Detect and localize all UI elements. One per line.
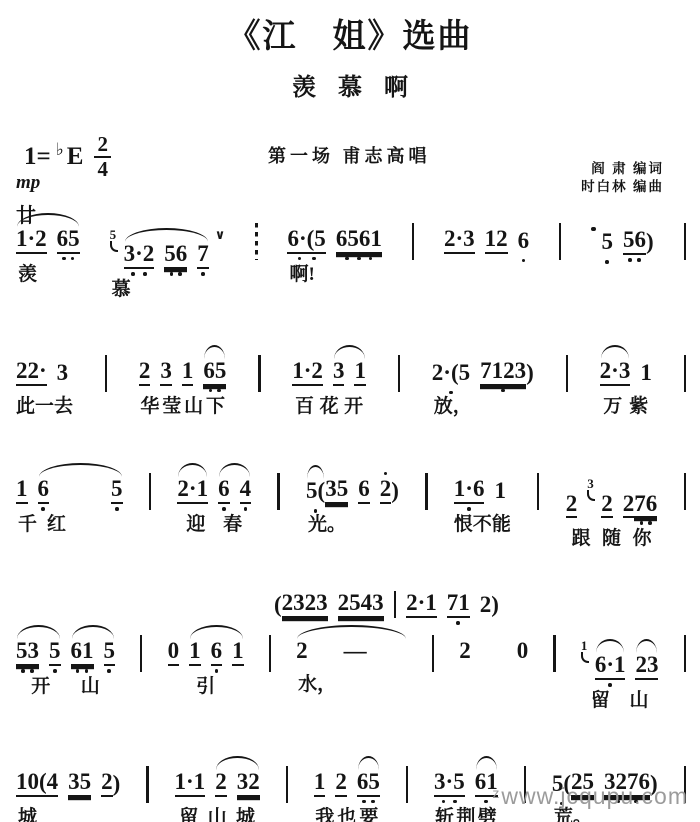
- note: 5: [104, 639, 116, 666]
- note-text: 2·1: [177, 476, 208, 501]
- note: ): [491, 593, 499, 618]
- lyrics-row: 慕: [110, 279, 226, 302]
- note: 1: [16, 477, 28, 504]
- slur-group: 535: [16, 639, 61, 666]
- note-text: 5(: [306, 478, 325, 503]
- note-text: 2: [380, 476, 392, 501]
- measure: 10(4352)城: [16, 753, 120, 822]
- measure: 2·(57123)放，: [432, 342, 534, 419]
- lyric-syllable: 莹: [162, 396, 181, 419]
- spacer: [481, 663, 507, 664]
- note-text: 2·1: [406, 590, 437, 615]
- lyric-syllable: 百: [295, 396, 314, 419]
- barline: [684, 635, 686, 672]
- lyrics-row: 引: [168, 676, 244, 699]
- notes-row: 53·2567∨: [110, 210, 226, 269]
- barline: [255, 223, 257, 260]
- grace-note: 1: [581, 639, 589, 663]
- note-text: 2: [335, 769, 347, 794]
- lyric-syllable: 啊!: [289, 264, 314, 287]
- barline: [684, 223, 686, 260]
- lyric-syllable: 斩: [435, 807, 454, 822]
- note: ): [526, 361, 534, 386]
- dot: [357, 257, 361, 261]
- note: 65: [57, 227, 80, 254]
- note-text: 6: [218, 476, 230, 501]
- note-text: 22·: [16, 358, 47, 383]
- slur-group: 31: [333, 359, 366, 386]
- note: 10: [16, 770, 39, 797]
- note-text: 2: [623, 491, 635, 516]
- barline: [140, 635, 142, 672]
- slur-group: 2·1: [177, 477, 208, 504]
- lyrics-row: 此一去: [16, 396, 73, 419]
- barline: [149, 473, 151, 510]
- grace-hook: [581, 652, 589, 663]
- note: ): [646, 230, 654, 255]
- note-text: 3: [333, 358, 345, 383]
- time-signature-numerator: 2: [94, 134, 111, 158]
- notes-row: 535615: [16, 622, 115, 666]
- lyric-syllable: 也: [337, 807, 356, 822]
- lyrics-row: 千红: [16, 514, 123, 537]
- measure: 20: [459, 622, 528, 674]
- note: 2: [139, 359, 151, 386]
- note-text: 2323: [282, 590, 328, 615]
- note: 65: [357, 770, 380, 797]
- slur-group: 64: [218, 477, 251, 504]
- page-title: 《江 姐》选曲: [0, 0, 700, 57]
- octave-dots-below: [438, 800, 461, 804]
- slur-group: 2·3: [600, 359, 631, 386]
- lyrics-row: 城: [16, 807, 120, 822]
- note: 6: [38, 477, 50, 504]
- dot: [345, 257, 349, 261]
- note: 1: [189, 639, 201, 666]
- note: 6: [358, 477, 370, 504]
- ornament-dot: [591, 227, 595, 231]
- dot: [362, 800, 366, 804]
- note: 5: [49, 639, 61, 666]
- note-text: 65: [57, 226, 80, 251]
- note-text: 53: [16, 638, 39, 663]
- lyric-syllable: 城: [18, 807, 37, 822]
- note-text: (4: [39, 769, 58, 794]
- note: 76: [634, 492, 657, 519]
- lyrics-row: 开山: [16, 676, 115, 699]
- note-text: 5: [49, 638, 61, 663]
- dot: [170, 272, 174, 276]
- measure: 165千红: [16, 460, 123, 537]
- dot: [215, 669, 219, 673]
- dot: [456, 621, 460, 625]
- note-text: 2: [101, 769, 113, 794]
- measure: 1·265羡: [16, 210, 80, 287]
- watermark-text: www.jcqupu.com: [501, 783, 688, 809]
- barline: [269, 635, 271, 672]
- note-text: 2: [459, 638, 471, 663]
- note-text: ): [113, 771, 121, 796]
- note-text: 10: [16, 769, 39, 794]
- note-text: 3: [160, 358, 172, 383]
- score: mp 廿 1·265羡53·2567∨慕6·(56561啊!2·3126556)…: [16, 172, 686, 822]
- note-text: 5: [602, 229, 614, 254]
- flat-accidental-icon: ♭: [56, 140, 64, 160]
- dot: [453, 800, 457, 804]
- notes-row: 1·231: [292, 342, 366, 386]
- note: 6·1: [595, 653, 626, 680]
- note: 2·3: [600, 359, 631, 386]
- note: 6·(5: [287, 227, 325, 254]
- lyrics-row: 华莹山下: [139, 396, 227, 419]
- note-text: 3·5: [434, 769, 465, 794]
- barline: [398, 355, 400, 392]
- note: 35: [68, 770, 91, 797]
- measure: 1·61恨不能: [454, 460, 511, 537]
- note-text: 6561: [336, 226, 382, 251]
- slur-group: 65: [357, 770, 380, 797]
- lyric-syllable: 红: [47, 514, 66, 537]
- spacer: [377, 663, 407, 664]
- notes-row: 1·1232: [175, 753, 260, 797]
- song-subtitle: 羡慕啊: [0, 67, 700, 102]
- interlude-annotation: (232325432·1712): [274, 585, 686, 618]
- lyrics-row: 迎春: [177, 514, 251, 537]
- measure: 2·31万紫: [600, 342, 652, 419]
- lyric-syllable: 山: [81, 676, 100, 699]
- measure: 3·561斩荆劈: [434, 753, 498, 822]
- octave-dots-below: [457, 507, 480, 511]
- notes-row: 1·265: [16, 210, 80, 254]
- note: 2: [335, 770, 347, 797]
- barline: [286, 766, 288, 803]
- lyric-syllable: 开: [31, 676, 50, 699]
- barline: [425, 473, 427, 510]
- scene-caption: 第一场 甫志高唱: [268, 142, 431, 168]
- note-text: 2: [296, 638, 308, 663]
- lyrics-row: 恨不能: [454, 514, 511, 537]
- lyrics-row: 留山城: [175, 807, 260, 822]
- barline: [684, 355, 686, 392]
- barline: [394, 591, 396, 618]
- notes-row: 5(3562): [306, 460, 399, 504]
- note-text: 2·3: [444, 226, 475, 251]
- note-text: 61: [71, 638, 94, 663]
- notes-row: 22·3: [16, 342, 73, 386]
- dot: [107, 669, 111, 673]
- octave-dots-below: [341, 257, 376, 261]
- note: 1: [354, 359, 366, 386]
- notes-row: 20: [459, 622, 528, 664]
- note-text: 6: [38, 476, 50, 501]
- note-text: —: [344, 638, 367, 663]
- dot: [209, 389, 213, 393]
- lyric-syllable: 花: [320, 396, 339, 419]
- dot: [244, 507, 248, 511]
- dot: [85, 669, 89, 673]
- octave-dots-below: [73, 669, 91, 673]
- note-text: 35: [68, 769, 91, 794]
- dot: [449, 391, 453, 395]
- note-text: 2: [566, 491, 578, 516]
- note: 35: [325, 477, 348, 504]
- dot: [637, 258, 641, 262]
- octave-dots-below: [449, 621, 467, 625]
- note: 1·2: [16, 227, 47, 254]
- note: 2·(5: [432, 361, 470, 386]
- measure: 2—水，: [296, 622, 407, 697]
- dot: [312, 257, 316, 261]
- measure: 2·3126: [444, 210, 529, 264]
- octave-dots-below: [603, 260, 612, 264]
- watermark: zwww.jcqupu.com: [492, 783, 688, 810]
- slur-group: 6·1: [595, 653, 626, 680]
- note-text: 1: [640, 360, 652, 385]
- octave-dots-below: [637, 521, 655, 525]
- octave-dots-below: [105, 669, 114, 673]
- note-text: 6: [358, 476, 370, 501]
- barline: [559, 223, 561, 260]
- note-text: 71: [447, 590, 470, 615]
- note-text: 56: [164, 241, 187, 266]
- note: 3·2: [124, 242, 155, 269]
- measure: 1265我也要: [314, 753, 380, 822]
- lyric-syllable: 城: [236, 807, 255, 822]
- lyric-syllable: 山: [208, 807, 227, 822]
- octave-dots-below: [59, 257, 77, 261]
- dynamic-marking: mp: [16, 172, 40, 194]
- spacer: [59, 503, 101, 504]
- dot: [131, 272, 135, 276]
- note-text: 1: [189, 638, 201, 663]
- notes-row: 232276: [566, 460, 658, 518]
- note-text: 6·(5: [287, 226, 325, 251]
- grace-note-digit: 5: [110, 228, 117, 241]
- notes-row: 23165: [139, 342, 227, 386]
- note: 3: [333, 359, 345, 386]
- lyrics-row: 啊!: [287, 264, 381, 287]
- dot: [201, 272, 205, 276]
- lyrics-row: 斩荆劈: [434, 807, 498, 822]
- slur-group: 5(: [306, 479, 325, 504]
- note: 1: [182, 359, 194, 386]
- note-text: 1: [494, 478, 506, 503]
- note: 4: [240, 477, 252, 504]
- note: 56: [623, 228, 646, 255]
- spacer: [318, 663, 334, 664]
- octave-dots-below: [308, 509, 323, 513]
- notes-row: 1·61: [454, 460, 511, 504]
- lyric-syllable: 跟: [571, 528, 590, 551]
- note-text: 1·1: [175, 769, 206, 794]
- measure: 2·164迎春: [177, 460, 251, 537]
- note-text: 4: [240, 476, 252, 501]
- lyric-syllable: 此: [16, 396, 35, 419]
- note: 5: [602, 230, 614, 255]
- note-text: 1: [182, 358, 194, 383]
- barline: [277, 473, 279, 510]
- note: 61: [71, 639, 94, 666]
- note-text: 2: [601, 491, 613, 516]
- note: 2·3: [444, 227, 475, 254]
- octave-dots-below: [212, 669, 221, 673]
- barline: [553, 635, 555, 672]
- note: 7123: [480, 359, 526, 386]
- note: 2: [380, 477, 392, 504]
- dot: [314, 509, 318, 513]
- note-text: 1: [16, 476, 28, 501]
- note-text: 1: [314, 769, 326, 794]
- barline: [105, 355, 107, 392]
- note-text: 7123: [480, 358, 526, 383]
- lyric-syllable: 一: [35, 396, 54, 419]
- lyrics-row: 水，: [296, 674, 407, 697]
- octave-dots-below: [39, 507, 48, 511]
- note: 2: [459, 639, 471, 664]
- grace-note-digit: 1: [581, 639, 588, 652]
- note-text: ): [526, 360, 534, 385]
- notes-row: 3·561: [434, 753, 498, 797]
- dot: [62, 257, 66, 261]
- octave-dots-below: [50, 669, 59, 673]
- note-text: 65: [357, 769, 380, 794]
- lyrics-row: 羡: [16, 264, 80, 287]
- note-text: 2·3: [600, 358, 631, 383]
- note-text: 7: [197, 241, 209, 266]
- notes-row: 2—: [296, 622, 407, 664]
- note: 3·5: [434, 770, 465, 797]
- notes-row: 0161: [168, 622, 244, 666]
- octave-dots-below: [219, 507, 228, 511]
- note: 1·1: [175, 770, 206, 797]
- lyric-syllable: 随: [602, 528, 621, 551]
- lyric-syllable: 千: [18, 514, 37, 537]
- note: 7: [197, 242, 209, 269]
- music-line: 535615开山0161引2—水，2016·123留山: [16, 622, 686, 713]
- dot: [605, 260, 609, 264]
- lyrics-row: 留山: [581, 690, 659, 713]
- note-text: 35: [325, 476, 348, 501]
- lyric-syllable: 放，: [434, 396, 472, 419]
- notes-row: 2·3126: [444, 210, 529, 254]
- note: 71: [447, 591, 470, 618]
- dot: [501, 389, 505, 393]
- octave-dots-below: [112, 507, 121, 511]
- note: 2543: [338, 591, 384, 618]
- note-text: 1·2: [292, 358, 323, 383]
- slur-group: 1·265: [16, 227, 80, 254]
- note: 2323: [282, 591, 328, 618]
- note: ): [391, 479, 399, 504]
- lyric-syllable: 山: [630, 690, 649, 713]
- note-text: 23: [635, 652, 658, 677]
- lyric-syllable: 我: [315, 807, 334, 822]
- dot: [41, 507, 45, 511]
- notes-row: 2·31: [600, 342, 652, 386]
- lyric-syllable: 恨: [454, 514, 473, 537]
- dot: [217, 389, 221, 393]
- grace-note-digit: 3: [587, 477, 594, 490]
- lyric-syllable: 羡: [18, 264, 37, 287]
- music-line: 22·3此一去23165华莹山下1·231百花开2·(57123)放，2·31万…: [16, 342, 686, 419]
- notes-row: 556): [591, 210, 653, 255]
- octave-dots-below: [436, 391, 465, 395]
- lyric-syllable: 华: [140, 396, 159, 419]
- note: ): [113, 772, 121, 797]
- barline: [684, 473, 686, 510]
- note-text: 65: [203, 358, 226, 383]
- notes-row: 2·(57123): [432, 342, 534, 386]
- note-text: 2: [139, 358, 151, 383]
- grace-note: 5: [110, 228, 118, 252]
- lyric-syllable: 能: [492, 514, 511, 537]
- note: 2: [101, 770, 113, 797]
- note: 5(: [306, 479, 325, 504]
- note-text: 5: [111, 476, 123, 501]
- lyric-syllable: 光。: [308, 514, 346, 537]
- lyric-syllable: 引: [196, 676, 215, 699]
- octave-dots-below: [598, 683, 621, 687]
- note: 56: [164, 242, 187, 269]
- dot: [143, 272, 147, 276]
- note-text: 0: [168, 638, 180, 663]
- notes-row: 1265: [314, 753, 380, 797]
- note-text: 0: [517, 638, 529, 663]
- dot: [76, 669, 80, 673]
- lyric-syllable: 春: [223, 514, 242, 537]
- lyric-syllable: 去: [54, 396, 73, 419]
- note: 12: [485, 227, 508, 254]
- measure: 232276跟随你: [566, 460, 658, 551]
- note: 1: [494, 479, 506, 504]
- note-text: 1: [354, 358, 366, 383]
- octave-dots-below: [167, 272, 185, 276]
- note-text: 76: [634, 491, 657, 516]
- note: 2·1: [177, 477, 208, 504]
- watermark-prefix: z: [492, 785, 500, 801]
- key-prefix: 1=: [24, 143, 51, 171]
- measure: 535615开山: [16, 622, 115, 699]
- measure: 22·3此一去: [16, 342, 73, 419]
- octave-dots-below: [486, 389, 521, 393]
- measure: 53·2567∨慕: [110, 210, 226, 302]
- dot: [21, 669, 25, 673]
- octave-dots-below: [199, 272, 208, 276]
- lyric-syllable: 留: [179, 807, 198, 822]
- lyric-syllable: 万: [603, 396, 622, 419]
- note-text: 3·2: [124, 241, 155, 266]
- octave-dots-below: [626, 258, 644, 262]
- note: 6: [518, 229, 530, 254]
- note-text: 1·6: [454, 476, 485, 501]
- music-line: 165千红2·164迎春5(3562)光。1·61恨不能232276跟随你: [16, 460, 686, 551]
- octave-dots-below: [241, 507, 250, 511]
- music-line: 1·265羡53·2567∨慕6·(56561啊!2·3126556): [16, 210, 686, 302]
- grace-note: 3: [587, 477, 595, 501]
- note: 3: [57, 361, 69, 386]
- note-text: 3: [57, 360, 69, 385]
- measure: 556): [591, 210, 653, 265]
- lyric-syllable: 不: [473, 514, 492, 537]
- dot: [222, 507, 226, 511]
- dot: [648, 521, 652, 525]
- note-text: 2543: [338, 590, 384, 615]
- measure: 1·231百花开: [292, 342, 366, 419]
- score-lines: 1·265羡53·2567∨慕6·(56561啊!2·3126556)22·3此…: [16, 210, 686, 822]
- dot: [442, 800, 446, 804]
- note-text: ): [391, 478, 399, 503]
- lyrics-row: 我也要: [314, 807, 380, 822]
